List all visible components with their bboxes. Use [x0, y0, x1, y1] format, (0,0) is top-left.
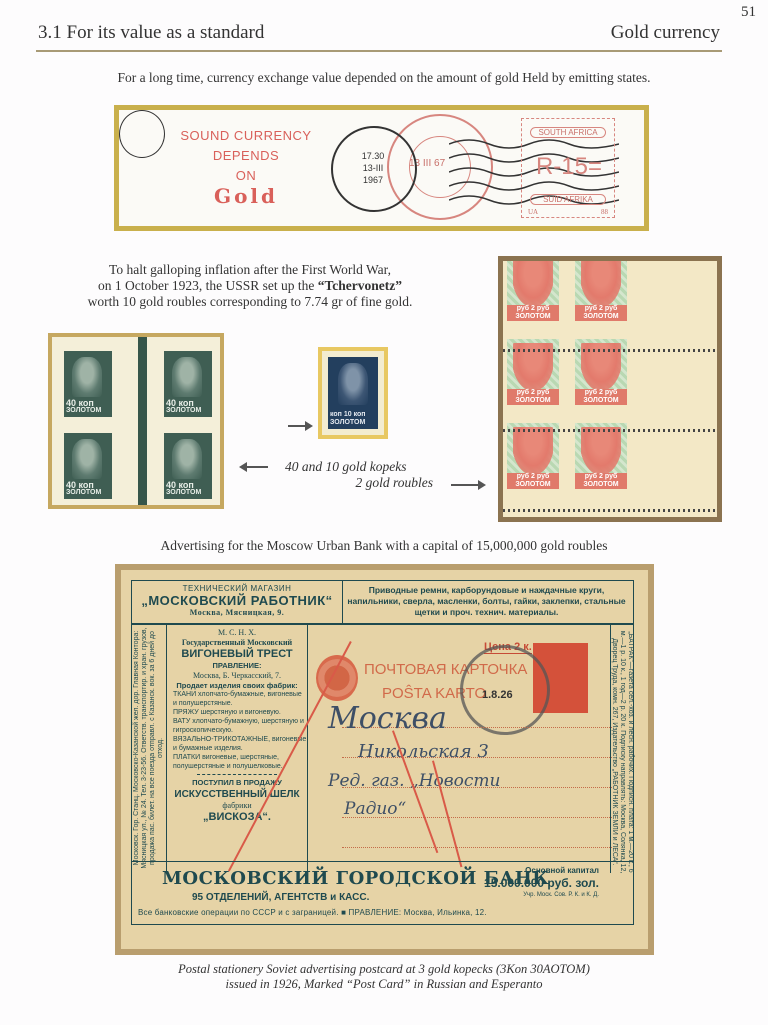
trust-ad: М. С. Н. Х. Государственный Московский В…: [167, 624, 308, 873]
slogan-line: ON: [161, 166, 331, 186]
stamp-label: руб 2 рубЗОЛОТОМ: [507, 473, 559, 489]
postmark-time: 17.30: [355, 150, 391, 162]
slogan-gold: Gold: [161, 186, 331, 206]
caption-line: 2 gold roubles: [250, 475, 465, 491]
frank-code: UA: [528, 208, 538, 216]
capital-value: 15.000.000 руб. зол.: [484, 876, 599, 890]
bank-heading: Advertising for the Moscow Urban Bank wi…: [0, 538, 768, 554]
meter-frank: SOUTH AFRICA R-15= SUID AFRIKA UA 88: [521, 118, 615, 218]
soldier-portrait: [172, 439, 202, 479]
stamp-label: руб 2 рубЗОЛОТОМ: [575, 389, 627, 405]
stamp: руб 2 рубЗОЛОТОМ: [507, 423, 559, 489]
soldier-portrait: [72, 357, 102, 397]
worker-portrait: [513, 261, 553, 305]
caption-line: issued in 1926, Marked “Post Card” in Ru…: [0, 977, 768, 992]
stamp-label: руб 2 рубЗОЛОТОМ: [507, 389, 559, 405]
worker-portrait: [581, 427, 621, 473]
stamp-denomination: коп 10 коп: [330, 411, 376, 419]
page-number: 51: [741, 4, 756, 21]
frank-number: 88: [601, 208, 608, 216]
capital-label: Основной капитал: [525, 866, 599, 876]
soldier-portrait: [172, 357, 202, 397]
stamp-block-40-kop: 40 копЗОЛОТОМ40 копЗОЛОТОМ40 копЗОЛОТОМ4…: [48, 333, 224, 509]
postmark-year: 1967: [355, 174, 391, 186]
text-line: To halt galloping inflation after the Fi…: [40, 262, 460, 278]
meter-strip-exhibit: SOUND CURRENCY DEPENDS ON Gold 13 III 67…: [114, 105, 649, 231]
branches: 95 ОТДЕЛЕНИЙ, АГЕНТСТВ и КАСС.: [192, 892, 369, 903]
postcard-caption: Postal stationery Soviet advertising pos…: [0, 962, 768, 992]
silk-product: ИСКУССТВЕННЫЙ ШЕЛК: [167, 788, 307, 801]
slogan: SOUND CURRENCY DEPENDS ON Gold: [161, 126, 331, 206]
stamp: 40 копЗОЛОТОМ: [64, 433, 112, 499]
slogan-line: SOUND CURRENCY: [161, 126, 331, 146]
org: М. С. Н. Х.: [167, 628, 307, 638]
shop-label: ТЕХНИЧЕСКИЙ МАГАЗИН: [132, 584, 342, 593]
ad-item: ПРЯЖУ шерстяную и вигоневую.: [167, 708, 307, 717]
left-ad-strip: Московск. Гор. Станц. Московско-Казанско…: [132, 624, 167, 873]
handwritten-city: Москва: [328, 701, 447, 736]
text-line: worth 10 gold roubles corresponding to 7…: [40, 294, 460, 310]
stamp: 40 копЗОЛОТОМ: [164, 351, 212, 417]
frank-country-af: SUID AFRIKA: [530, 194, 606, 205]
ad-item: ВАТУ хлопчато-бумажную, шерстяную и гигр…: [167, 717, 307, 735]
stamp-label: 40 копЗОЛОТОМ: [166, 399, 210, 415]
stamp: руб 2 рубЗОЛОТОМ: [575, 261, 627, 321]
railway-ad-text: Московск. Гор. Станц. Московско-Казанско…: [133, 623, 165, 873]
stamp: 40 копЗОЛОТОМ: [64, 351, 112, 417]
stamp-label: руб 2 рубЗОЛОТОМ: [575, 473, 627, 489]
factory-name: „ВИСКОЗА“.: [167, 811, 307, 824]
caption-line: 40 and 10 gold kopeks: [250, 459, 465, 475]
stamp-label: руб 2 рубЗОЛОТОМ: [507, 305, 559, 321]
postmark-inner: [119, 110, 165, 158]
ad-item: ВЯЗАЛЬНО-ТРИКОТАЖНЫЕ, вигоневые и бумажн…: [167, 735, 307, 753]
tchervonetz-term: “Tchervonetz”: [318, 278, 402, 293]
postmark-text: 17.30 13-III 1967: [355, 150, 391, 186]
worker-portrait: [581, 261, 621, 305]
stamp-label: 40 копЗОЛОТОМ: [66, 399, 110, 415]
handwritten-recipient: Радио“: [344, 799, 406, 819]
tchervonetz-text: To halt galloping inflation after the Fi…: [40, 262, 460, 310]
bank-ad: МОСКОВСКИЙ ГОРОДСКОЙ БАНК Основной капит…: [132, 861, 633, 924]
board-address: Москва, Б. Черкасский, 7.: [167, 671, 307, 681]
text-line: on 1 October 1923, the USSR set up the: [98, 278, 318, 293]
stamp: 40 копЗОЛОТОМ: [164, 433, 212, 499]
intro-text: For a long time, currency exchange value…: [0, 70, 768, 86]
factory-label: фабрики: [167, 801, 307, 811]
address-area: Москва Никольская 3 Ред. газ. „Новости Р…: [322, 713, 622, 863]
postmark-date: 13-III: [355, 162, 391, 174]
perforation-row: [503, 509, 717, 512]
shop-ad: ТЕХНИЧЕСКИЙ МАГАЗИН „МОСКОВСКИЙ РАБОТНИК…: [132, 581, 343, 623]
divider: [197, 774, 277, 775]
perforation-row: [503, 429, 717, 432]
trust-name: ВИГОНЕВЫЙ ТРЕСТ: [167, 648, 307, 661]
stamp-inscription: ЗОЛОТОМ: [330, 419, 376, 427]
board-label: ПРАВЛЕНИЕ:: [167, 661, 307, 671]
postcard: ТЕХНИЧЕСКИЙ МАГАЗИН „МОСКОВСКИЙ РАБОТНИК…: [115, 564, 654, 955]
stamp-block-2-rub: руб 2 рубЗОЛОТОМруб 2 рубЗОЛОТОМруб 2 ру…: [498, 256, 722, 522]
handwritten-street: Никольская 3: [358, 741, 489, 762]
shop-address: Москва, Мясницкая, 9.: [132, 608, 342, 617]
arrow-right-icon: [288, 425, 310, 427]
stamp-label: 40 копЗОЛОТОМ: [66, 481, 110, 497]
sells-label: Продает изделия своих фабрик:: [167, 681, 307, 691]
operations-line: Все банковские операции по СССР и с загр…: [138, 908, 487, 917]
perforation-row: [503, 349, 717, 352]
stamp-label: 40 копЗОЛОТОМ: [166, 481, 210, 497]
stamp-10-kop: коп 10 копЗОЛОТОМ: [318, 347, 388, 439]
ad-item: ТКАНИ хлопчато-бумажные, вигоневые и пол…: [167, 690, 307, 708]
shop-name: „МОСКОВСКИЙ РАБОТНИК“: [132, 593, 342, 608]
frank-value: R-15=: [532, 153, 606, 181]
org-name: Государственный Московский: [167, 638, 307, 648]
gutter-strip: [138, 337, 147, 505]
board-address: ПРАВЛЕНИЕ: Москва, Ильинка, 12.: [349, 908, 487, 917]
worker-portrait: [513, 427, 553, 473]
slogan-line: DEPENDS: [161, 146, 331, 166]
frank-country: SOUTH AFRICA: [530, 127, 606, 138]
stamp: руб 2 рубЗОЛОТОМ: [507, 261, 559, 321]
stamp-label: руб 2 рубЗОЛОТОМ: [575, 305, 627, 321]
soldier-portrait: [338, 363, 368, 405]
section-topic: Gold currency: [611, 22, 720, 44]
soldier-portrait: [72, 439, 102, 479]
stamp: руб 2 рубЗОЛОТОМ: [575, 423, 627, 489]
stamp: коп 10 копЗОЛОТОМ: [328, 357, 378, 429]
shop-goods: Приводные ремни, карборундовые и наждачн…: [344, 585, 629, 618]
header-rule: [36, 50, 722, 52]
stamps-caption: 40 and 10 gold kopeks 2 gold roubles: [250, 459, 465, 491]
new-arrival: ПОСТУПИЛ В ПРОДАЖУ: [167, 778, 307, 788]
founders: Учр. Моск. Сов. Р. К. и К. Д.: [523, 892, 599, 898]
section-title: 3.1 For its value as a standard: [38, 22, 264, 44]
caption-line: Postal stationery Soviet advertising pos…: [0, 962, 768, 977]
operations: Все банковские операции по СССР и с загр…: [138, 908, 339, 917]
cancel-date: 1.8.26: [482, 689, 513, 701]
